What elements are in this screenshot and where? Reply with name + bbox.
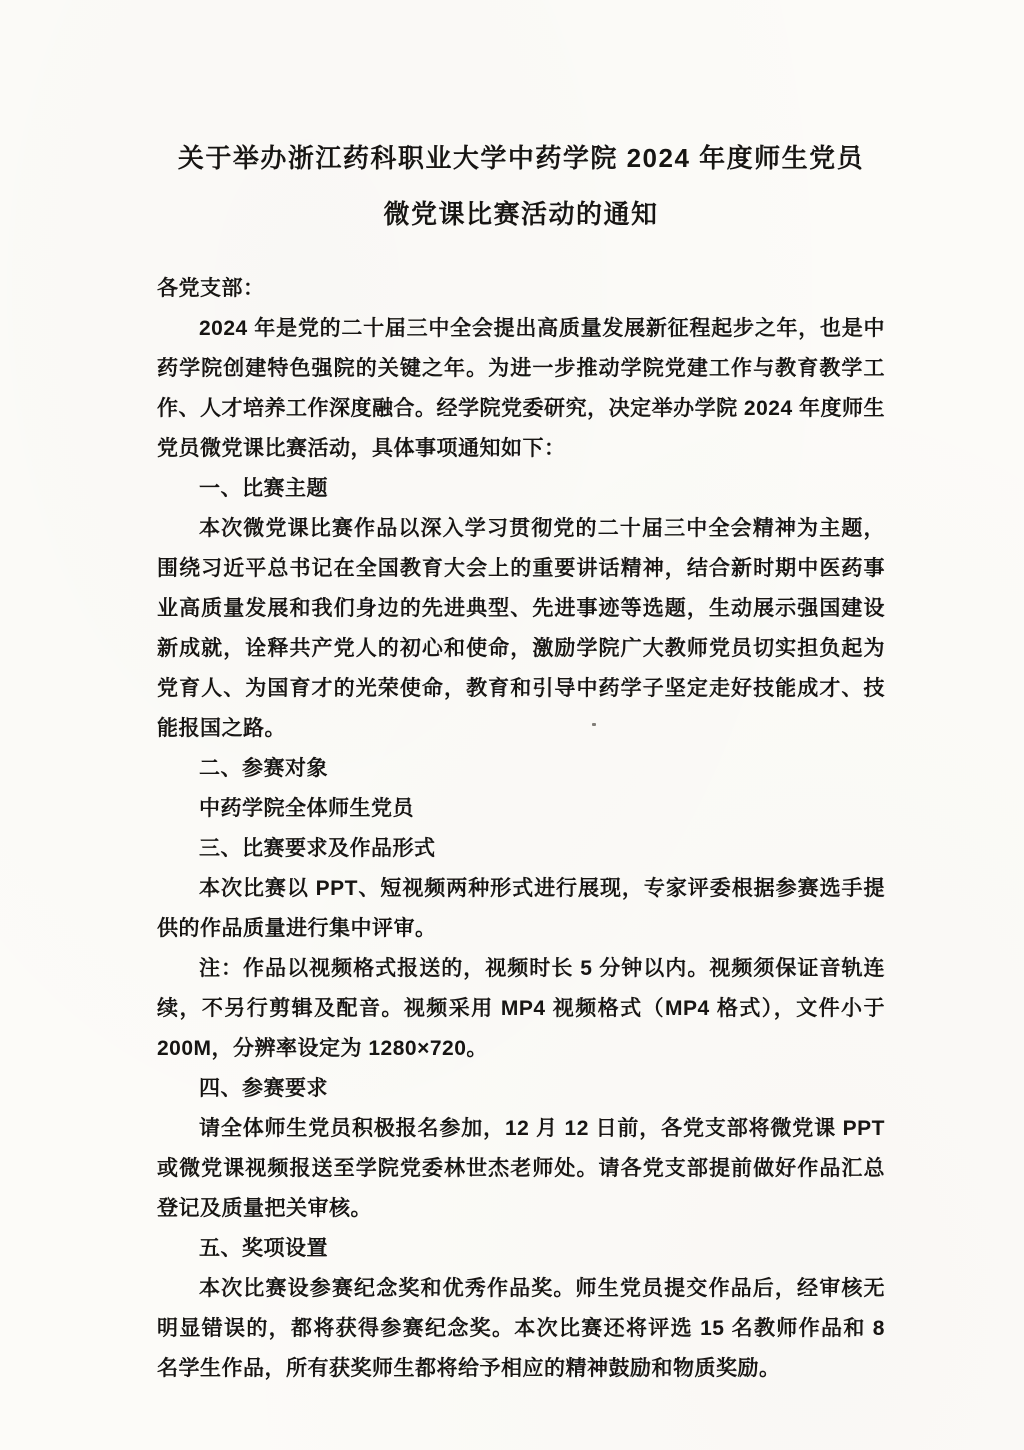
paragraph-video-note: 注：作品以视频格式报送的，视频时长 5 分钟以内。视频须保证音轨连续，不另行剪辑… (157, 949, 885, 1069)
scanned-notice-page: 关于举办浙江药科职业大学中药学院 2024 年度师生党员 微党课比赛活动的通知 … (0, 0, 1024, 1450)
section-heading-2-entrants: 二、参赛对象 (157, 749, 885, 789)
paragraph-require: 请全体师生党员积极报名参加，12 月 12 日前，各党支部将微党课 PPT 或微… (157, 1109, 885, 1229)
notice-title-line1: 关于举办浙江药科职业大学中药学院 2024 年度师生党员 (157, 142, 885, 175)
section-heading-5-awards: 五、奖项设置 (157, 1229, 885, 1269)
paragraph-awards: 本次比赛设参赛纪念奖和优秀作品奖。师生党员提交作品后，经审核无明显错误的，都将获… (157, 1269, 885, 1389)
paragraph-format: 本次比赛以 PPT、短视频两种形式进行展现，专家评委根据参赛选手提供的作品质量进… (157, 869, 885, 949)
document-content: 关于举办浙江药科职业大学中药学院 2024 年度师生党员 微党课比赛活动的通知 … (157, 142, 885, 1389)
paragraph-theme: 本次微党课比赛作品以深入学习贯彻党的二十届三中全会精神为主题，围绕习近平总书记在… (157, 509, 885, 749)
section-heading-3-format: 三、比赛要求及作品形式 (157, 829, 885, 869)
section-heading-4-require: 四、参赛要求 (157, 1069, 885, 1109)
scan-artifact-speck (592, 723, 596, 726)
section-heading-1-theme: 一、比赛主题 (157, 469, 885, 509)
notice-body: 各党支部： 2024 年是党的二十届三中全会提出高质量发展新征程起步之年，也是中… (157, 269, 885, 1389)
salutation: 各党支部： (157, 269, 885, 309)
notice-title-line2: 微党课比赛活动的通知 (157, 198, 885, 231)
paragraph-intro: 2024 年是党的二十届三中全会提出高质量发展新征程起步之年，也是中药学院创建特… (157, 309, 885, 469)
paragraph-entrants: 中药学院全体师生党员 (157, 789, 885, 829)
